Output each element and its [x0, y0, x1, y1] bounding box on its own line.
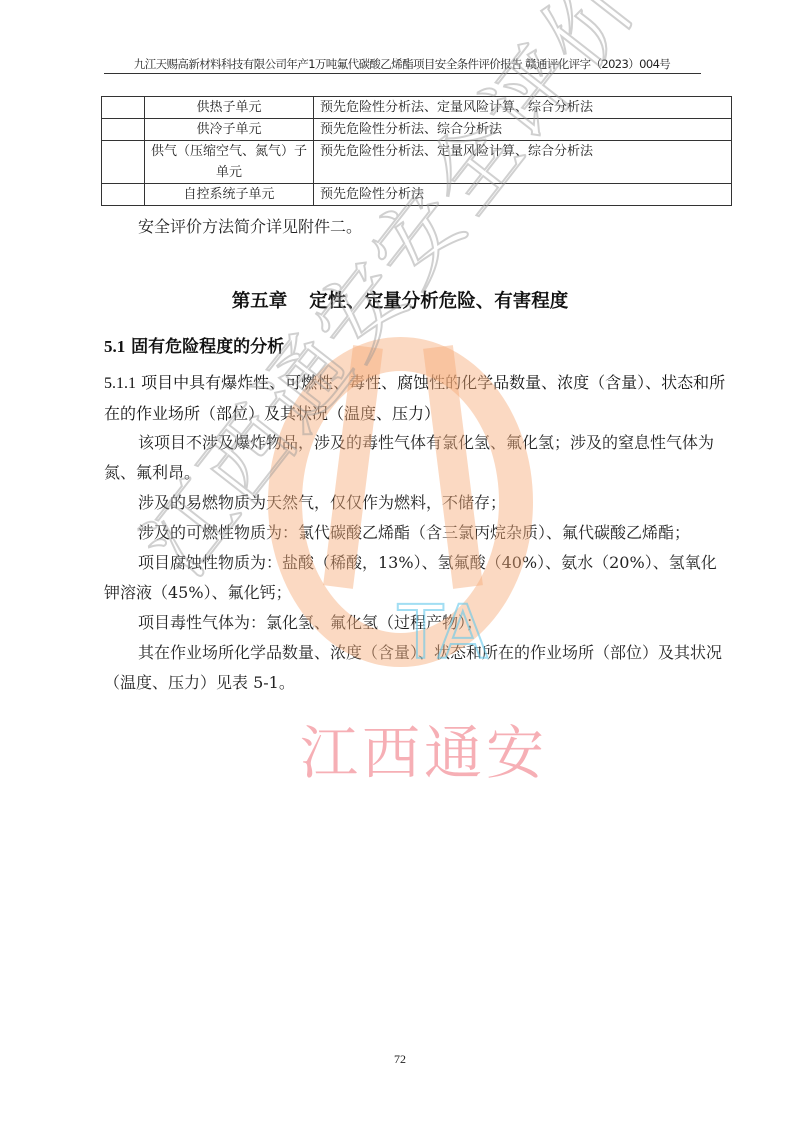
table-cell-subunit: 自控系统子单元 — [145, 184, 314, 206]
table-cell-methods: 预先危险性分析法、综合分析法 — [314, 119, 732, 141]
header-rule — [104, 73, 701, 74]
watermark-brand-text: 江西通安 — [300, 706, 548, 790]
chapter-number: 第五章 — [232, 291, 288, 312]
paragraph-combustibles: 涉及的可燃性物质为：氯代碳酸乙烯酯（含三氯丙烷杂质）、氟代碳酸乙烯酯； — [104, 518, 730, 548]
section-number: 5.1 — [104, 337, 125, 356]
table-cell-methods: 预先危险性分析法、定量风险计算、综合分析法 — [314, 97, 732, 119]
table-cell-unit-group — [102, 119, 145, 141]
paragraph-toxic-gases: 该项目不涉及爆炸物品，涉及的毒性气体有氯化氢、氟化氢；涉及的窒息性气体为氮、氟利… — [104, 428, 730, 488]
section-heading: 固有危险程度的分析 — [131, 337, 284, 357]
table-cell-methods: 预先危险性分析法、定量风险计算、综合分析法 — [314, 141, 732, 184]
chapter-title: 第五章定性、定量分析危险、有害程度 — [0, 287, 800, 313]
subsection-number: 5.1.1 — [104, 375, 136, 392]
appendix-note: 安全评价方法简介详见附件二。 — [104, 212, 730, 242]
running-header: 九江天赐高新材料科技有限公司年产1万吨氟代碳酸乙烯酯项目安全条件评价报告 赣通评… — [104, 56, 700, 72]
body-paragraphs: 该项目不涉及爆炸物品，涉及的毒性气体有氯化氢、氟化氢；涉及的窒息性气体为氮、氟利… — [104, 428, 730, 698]
evaluation-methods-table: 供热子单元 预先危险性分析法、定量风险计算、综合分析法 供冷子单元 预先危险性分… — [101, 96, 732, 206]
table-cell-subunit: 供气（压缩空气、氮气）子单元 — [145, 141, 314, 184]
subsection-heading: 项目中具有爆炸性、可燃性、毒性、腐蚀性的化学品数量、浓度（含量）、状态和所在的作… — [104, 373, 725, 423]
table-cell-methods: 预先危险性分析法 — [314, 184, 732, 206]
paragraph-corrosives: 项目腐蚀性物质为：盐酸（稀酸，13%）、氢氟酸（40%）、氨水（20%）、氢氧化… — [104, 548, 730, 608]
paragraph-table-reference: 其在作业场所化学品数量、浓度（含量）、状态和所在的作业场所（部位）及其状况（温度… — [104, 638, 730, 698]
table-cell-unit-group — [102, 184, 145, 206]
table-cell-unit-group — [102, 97, 145, 119]
table-row: 供气（压缩空气、氮气）子单元 预先危险性分析法、定量风险计算、综合分析法 — [102, 141, 732, 184]
table-row: 自控系统子单元 预先危险性分析法 — [102, 184, 732, 206]
document-page: 九江天赐高新材料科技有限公司年产1万吨氟代碳酸乙烯酯项目安全条件评价报告 赣通评… — [0, 0, 800, 1131]
table-row: 供冷子单元 预先危险性分析法、综合分析法 — [102, 119, 732, 141]
chapter-heading: 定性、定量分析危险、有害程度 — [309, 291, 568, 312]
table-row: 供热子单元 预先危险性分析法、定量风险计算、综合分析法 — [102, 97, 732, 119]
table-cell-subunit: 供冷子单元 — [145, 119, 314, 141]
table-cell-unit-group — [102, 141, 145, 184]
section-title: 5.1 固有危险程度的分析 — [104, 332, 284, 357]
paragraph-flammables: 涉及的易燃物质为天然气，仅仅作为燃料，不储存； — [104, 488, 730, 518]
paragraph-toxic-process-gases: 项目毒性气体为：氯化氢、氟化氢（过程产物）； — [104, 608, 730, 638]
page-number: 72 — [0, 1052, 800, 1067]
table-cell-subunit: 供热子单元 — [145, 97, 314, 119]
subsection-title: 5.1.1 项目中具有爆炸性、可燃性、毒性、腐蚀性的化学品数量、浓度（含量）、状… — [104, 368, 732, 429]
